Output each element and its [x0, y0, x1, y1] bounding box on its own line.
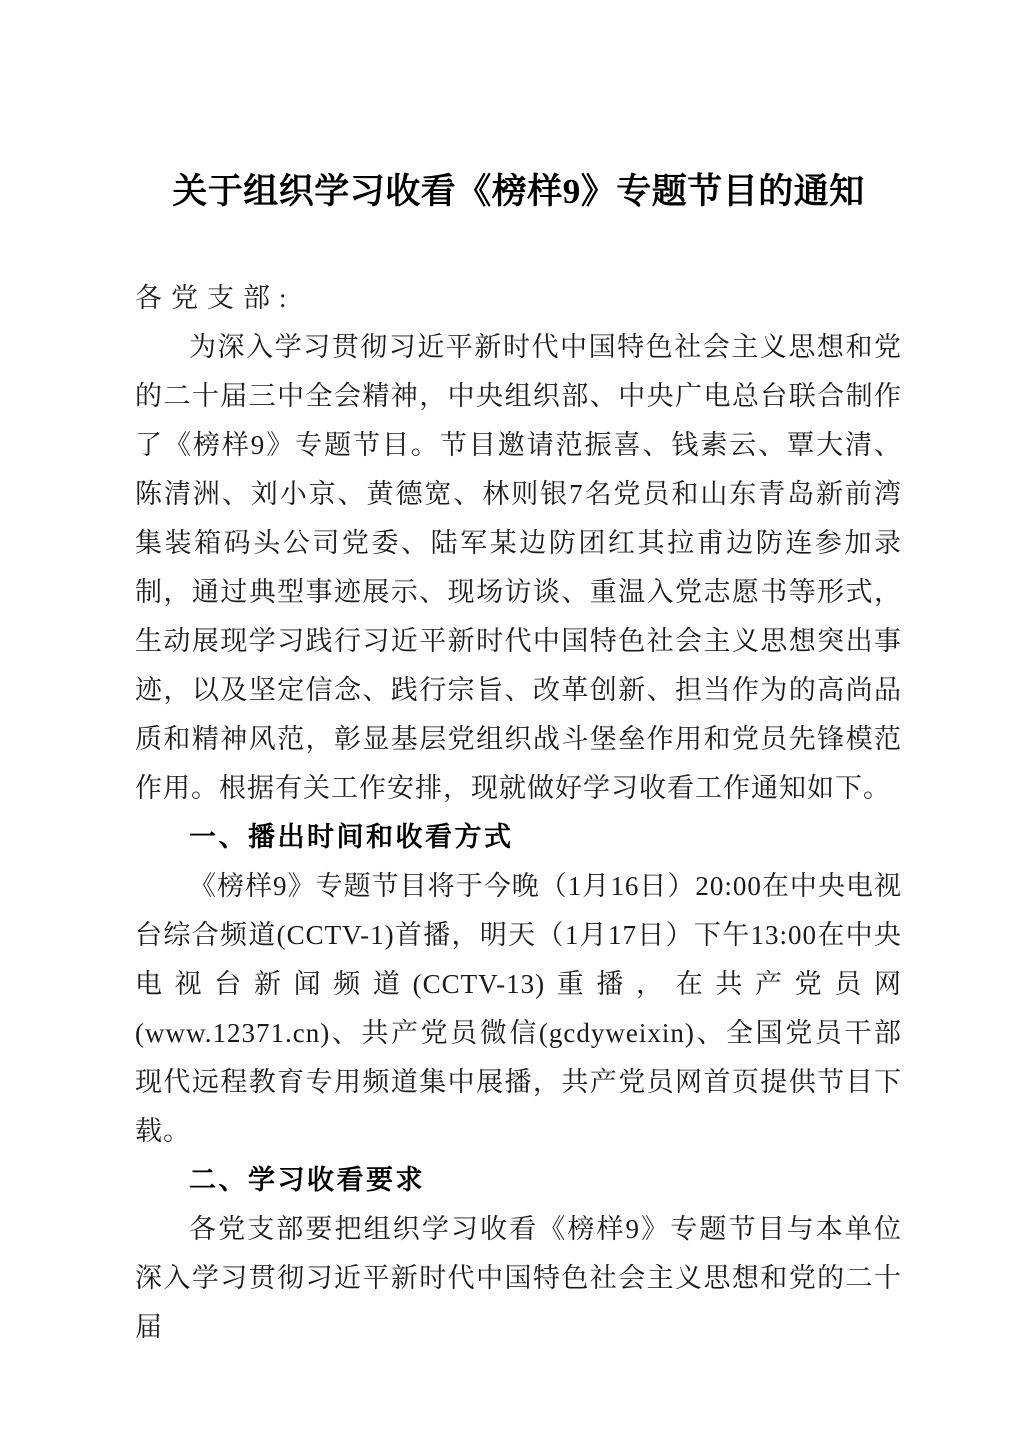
document-title: 关于组织学习收看《榜样9》专题节目的通知	[135, 0, 902, 214]
salutation: 各党支部:	[135, 274, 902, 323]
document-page: 关于组织学习收看《榜样9》专题节目的通知 各党支部: 为深入学习贯彻习近平新时代…	[0, 0, 1024, 1448]
section-heading-broadcast-time: 一、播出时间和收看方式	[135, 813, 902, 862]
paragraph-study-requirements: 各党支部要把组织学习收看《榜样9》专题节目与本单位深入学习贯彻习近平新时代中国特…	[135, 1205, 902, 1352]
section-heading-study-requirements: 二、学习收看要求	[135, 1156, 902, 1205]
paragraph-intro: 为深入学习贯彻习近平新时代中国特色社会主义思想和党的二十届三中全会精神，中央组织…	[135, 323, 902, 813]
paragraph-broadcast-details: 《榜样9》专题节目将于今晚（1月16日）20:00在中央电视台综合频道(CCTV…	[135, 862, 902, 1156]
